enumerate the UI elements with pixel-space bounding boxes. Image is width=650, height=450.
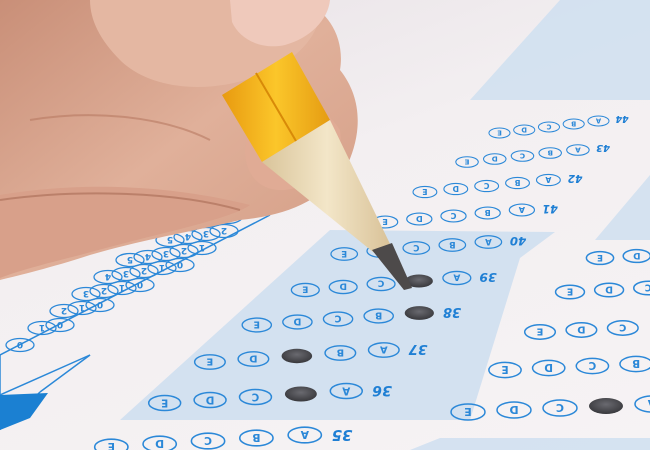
svg-text:1: 1 bbox=[159, 262, 165, 272]
bubble-a[interactable]: A bbox=[509, 204, 534, 216]
answer-row-41: 41ABCDE bbox=[373, 202, 559, 228]
svg-text:B: B bbox=[337, 346, 345, 357]
svg-text:A: A bbox=[300, 428, 309, 441]
bubble-c[interactable]: C bbox=[511, 151, 533, 162]
bubble-b[interactable]: B bbox=[240, 430, 273, 446]
svg-text:2: 2 bbox=[181, 245, 187, 255]
svg-text:D: D bbox=[155, 437, 164, 450]
svg-text:4: 4 bbox=[145, 251, 151, 261]
question-number: 44 bbox=[616, 113, 630, 124]
svg-text:E: E bbox=[501, 363, 508, 375]
svg-text:2: 2 bbox=[101, 285, 107, 295]
bubble-a[interactable]: A bbox=[588, 116, 609, 126]
svg-text:D: D bbox=[605, 284, 613, 295]
svg-text:1: 1 bbox=[79, 302, 85, 312]
svg-text:C: C bbox=[619, 321, 626, 332]
bubble-b[interactable] bbox=[285, 386, 317, 401]
svg-text:3: 3 bbox=[123, 268, 129, 278]
bubble-c[interactable]: C bbox=[191, 433, 224, 449]
bubble-d[interactable]: D bbox=[143, 436, 176, 450]
svg-text:4: 4 bbox=[185, 231, 191, 241]
question-number: 37 bbox=[408, 341, 427, 357]
svg-text:D: D bbox=[293, 316, 301, 327]
svg-text:1: 1 bbox=[39, 322, 45, 332]
svg-text:A: A bbox=[380, 343, 388, 354]
svg-text:E: E bbox=[341, 248, 347, 258]
bubble-c[interactable]: C bbox=[441, 210, 466, 222]
svg-text:A: A bbox=[453, 272, 460, 282]
svg-text:C: C bbox=[450, 211, 456, 221]
svg-text:E: E bbox=[206, 355, 213, 366]
bubble-a[interactable] bbox=[405, 306, 434, 320]
svg-text:C: C bbox=[413, 242, 419, 252]
svg-text:0: 0 bbox=[97, 299, 103, 309]
bubble-c[interactable]: C bbox=[475, 180, 499, 191]
bubble-c[interactable] bbox=[282, 349, 313, 363]
bubble-b[interactable]: B bbox=[475, 207, 500, 219]
svg-text:E: E bbox=[497, 129, 502, 137]
svg-text:5: 5 bbox=[127, 254, 133, 264]
id-grid-filled-block bbox=[0, 393, 48, 430]
svg-text:D: D bbox=[509, 403, 518, 416]
bubble-e[interactable]: E bbox=[489, 128, 510, 138]
bubble-b[interactable]: B bbox=[563, 119, 584, 129]
bubble-b[interactable] bbox=[589, 398, 623, 414]
photo-illustration: 00000111112222233334444555 44ABCDE43ABCD… bbox=[0, 0, 650, 450]
question-number: 36 bbox=[372, 382, 392, 398]
svg-text:D: D bbox=[521, 126, 527, 134]
question-number: 39 bbox=[479, 270, 497, 284]
bubble-d[interactable]: D bbox=[407, 213, 432, 225]
question-number: 40 bbox=[510, 234, 527, 248]
svg-text:B: B bbox=[571, 120, 576, 128]
answer-row-44: 44ABCDE bbox=[489, 113, 630, 138]
svg-text:D: D bbox=[492, 154, 498, 163]
svg-text:C: C bbox=[556, 401, 564, 414]
svg-text:C: C bbox=[377, 278, 384, 288]
bubble-b[interactable]: B bbox=[506, 177, 530, 188]
answer-row-42: 42ABCDE bbox=[413, 172, 583, 198]
svg-text:E: E bbox=[302, 284, 308, 294]
svg-text:E: E bbox=[422, 187, 427, 196]
svg-text:0: 0 bbox=[177, 259, 183, 269]
svg-text:E: E bbox=[536, 325, 543, 336]
svg-text:C: C bbox=[546, 123, 551, 131]
svg-text:4: 4 bbox=[105, 271, 111, 281]
svg-text:D: D bbox=[453, 184, 459, 193]
svg-text:3: 3 bbox=[163, 248, 169, 258]
svg-text:E: E bbox=[108, 440, 115, 450]
answer-row-35: 35ABCDE bbox=[95, 426, 353, 450]
question-number: 35 bbox=[332, 426, 352, 443]
answer-row-43: 43ABCDE bbox=[456, 142, 611, 167]
svg-text:1: 1 bbox=[119, 282, 125, 292]
svg-text:B: B bbox=[514, 178, 520, 187]
svg-text:E: E bbox=[382, 217, 388, 227]
svg-text:A: A bbox=[545, 175, 551, 184]
bubble-d[interactable]: D bbox=[484, 154, 506, 165]
answer-panel-upper bbox=[470, 0, 650, 100]
svg-text:2: 2 bbox=[221, 225, 227, 235]
svg-text:C: C bbox=[204, 434, 212, 447]
svg-text:D: D bbox=[339, 281, 347, 291]
svg-text:B: B bbox=[375, 310, 382, 321]
svg-text:E: E bbox=[161, 396, 168, 408]
svg-text:E: E bbox=[465, 157, 470, 166]
svg-text:3: 3 bbox=[203, 228, 209, 238]
bubble-e[interactable]: E bbox=[95, 439, 128, 450]
question-number: 43 bbox=[596, 142, 611, 153]
svg-text:C: C bbox=[483, 181, 489, 190]
svg-text:D: D bbox=[249, 352, 257, 363]
answer-sheet-photo: 00000111112222233334444555 44ABCDE43ABCD… bbox=[0, 0, 650, 450]
svg-text:3: 3 bbox=[83, 288, 89, 298]
svg-text:C: C bbox=[520, 151, 525, 160]
svg-text:C: C bbox=[335, 313, 342, 324]
svg-text:0: 0 bbox=[137, 279, 143, 289]
svg-text:B: B bbox=[547, 148, 553, 157]
svg-text:C: C bbox=[252, 390, 260, 402]
svg-text:E: E bbox=[597, 252, 603, 262]
svg-text:0: 0 bbox=[57, 319, 63, 329]
svg-text:A: A bbox=[595, 117, 601, 125]
question-number: 42 bbox=[568, 172, 584, 184]
svg-text:D: D bbox=[633, 250, 640, 260]
bubble-a[interactable]: A bbox=[288, 427, 321, 443]
svg-text:2: 2 bbox=[61, 305, 67, 315]
bubble-a[interactable]: A bbox=[567, 145, 589, 156]
svg-text:0: 0 bbox=[17, 339, 23, 349]
bubble-e[interactable]: E bbox=[456, 157, 478, 168]
question-number: 38 bbox=[443, 304, 461, 319]
question-number: 41 bbox=[542, 202, 558, 215]
svg-text:A: A bbox=[485, 236, 492, 246]
bubble-b[interactable]: B bbox=[539, 148, 561, 159]
svg-text:B: B bbox=[485, 208, 491, 218]
bubble-c[interactable]: C bbox=[538, 122, 559, 132]
svg-text:D: D bbox=[544, 361, 553, 373]
answer-panel-right bbox=[595, 175, 650, 240]
svg-text:E: E bbox=[464, 405, 472, 418]
svg-text:B: B bbox=[252, 431, 260, 444]
svg-text:C: C bbox=[589, 359, 597, 371]
svg-text:D: D bbox=[577, 323, 585, 334]
bubble-e[interactable]: E bbox=[413, 186, 437, 197]
svg-text:B: B bbox=[632, 357, 640, 369]
svg-text:1: 1 bbox=[199, 242, 205, 252]
bubble-d[interactable]: D bbox=[514, 125, 535, 135]
svg-text:D: D bbox=[416, 214, 423, 224]
svg-text:D: D bbox=[205, 393, 214, 405]
bubble-d[interactable]: D bbox=[444, 183, 468, 194]
svg-text:E: E bbox=[567, 286, 573, 297]
svg-text:2: 2 bbox=[141, 265, 147, 275]
svg-text:E: E bbox=[254, 319, 260, 330]
svg-text:B: B bbox=[449, 239, 456, 249]
svg-text:A: A bbox=[575, 145, 581, 154]
svg-text:A: A bbox=[518, 205, 525, 215]
svg-text:C: C bbox=[645, 282, 650, 293]
svg-text:A: A bbox=[342, 384, 350, 396]
bubble-a[interactable]: A bbox=[537, 174, 561, 185]
